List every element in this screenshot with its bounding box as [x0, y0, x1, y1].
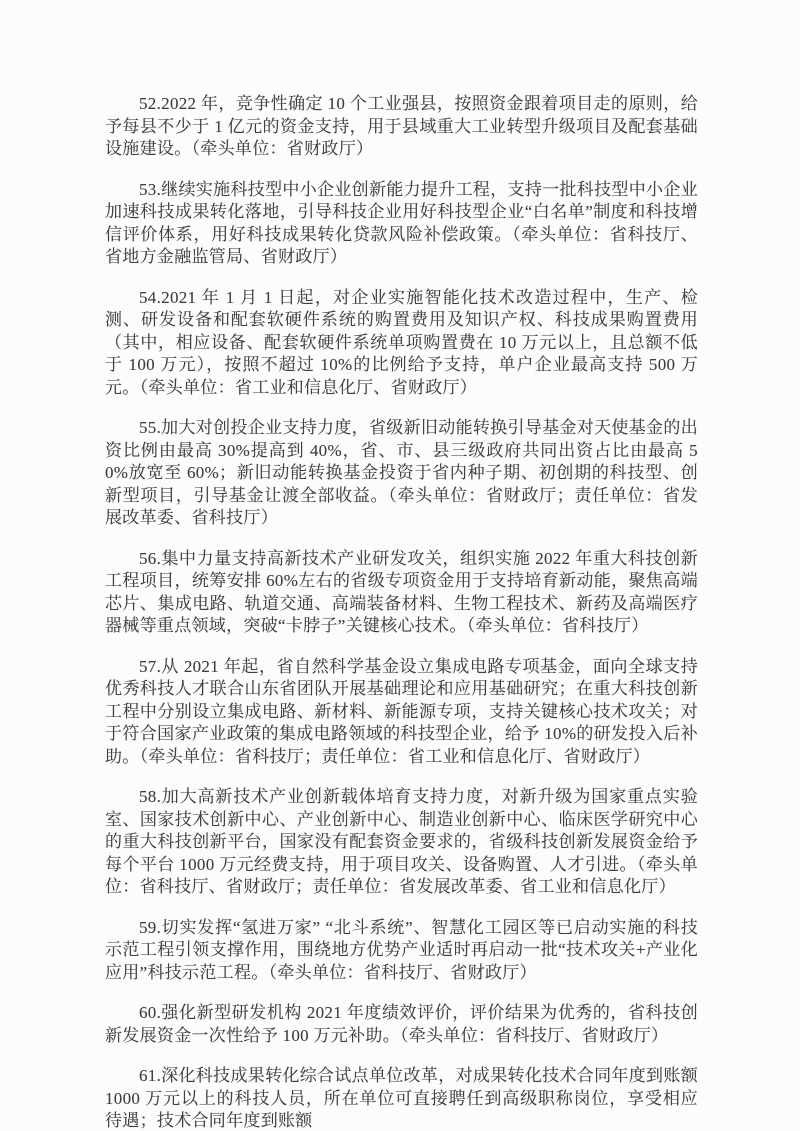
paragraph-54: 54.2021 年 1 月 1 日起，对企业实施智能化技术改造过程中，生产、检测…	[105, 287, 698, 400]
document-page: 52.2022 年，竞争性确定 10 个工业强县，按照资金跟着项目走的原则，给予…	[0, 0, 800, 1131]
paragraph-52: 52.2022 年，竞争性确定 10 个工业强县，按照资金跟着项目走的原则，给予…	[105, 93, 698, 161]
paragraph-58: 58.加大高新技术产业创新载体培育支持力度，对新升级为国家重点实验室、国家技术创…	[105, 786, 698, 899]
paragraph-57: 57.从 2021 年起，省自然科学基金设立集成电路专项基金，面向全球支持优秀科…	[105, 656, 698, 769]
paragraph-53: 53.继续实施科技型中小企业创新能力提升工程，支持一批科技型中小企业加速科技成果…	[105, 179, 698, 269]
paragraph-61: 61.深化科技成果转化综合试点单位改革，对成果转化技术合同年度到账额 1000 …	[105, 1065, 698, 1131]
paragraph-59: 59.切实发挥“氢进万家” “北斗系统”、智慧化工园区等已启动实施的科技示范工程…	[105, 917, 698, 985]
paragraph-60: 60.强化新型研发机构 2021 年度绩效评价，评价结果为优秀的，省科技创新发展…	[105, 1002, 698, 1047]
paragraph-56: 56.集中力量支持高新技术产业研发攻关，组织实施 2022 年重大科技创新工程项…	[105, 548, 698, 638]
paragraph-55: 55.加大对创投企业支持力度，省级新旧动能转换引导基金对天使基金的出资比例由最高…	[105, 417, 698, 530]
